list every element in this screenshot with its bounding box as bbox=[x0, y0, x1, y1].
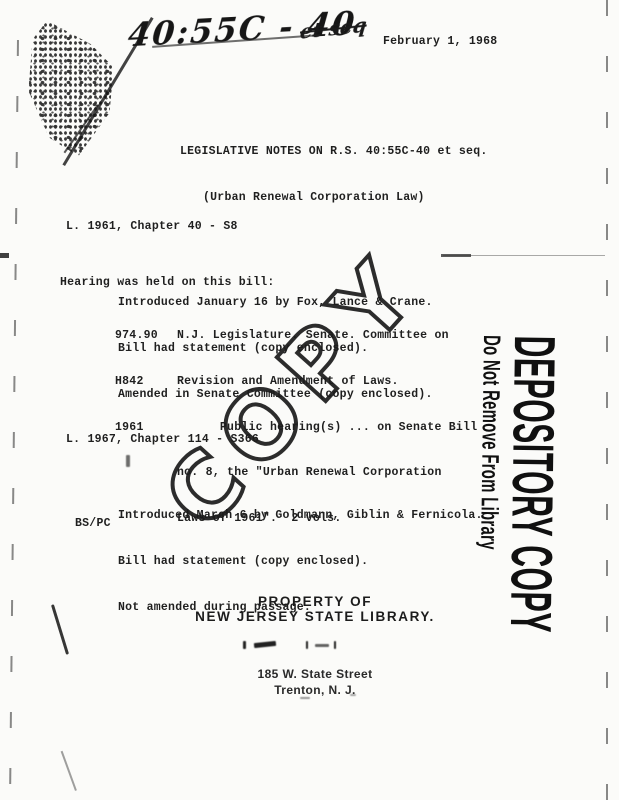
scan-streak bbox=[61, 751, 77, 791]
depository-stamp-line1: DEPOSITORY COPY bbox=[504, 335, 560, 633]
property-stamp-line2: NEW JERSEY STATE LIBRARY. bbox=[165, 609, 465, 624]
left-fold-dashed-line bbox=[9, 40, 19, 800]
depository-stamp-line2: Do Not Remove From Library bbox=[474, 335, 505, 550]
property-stamp-line1: PROPERTY OF bbox=[165, 594, 465, 609]
address-line2: Trenton, N. J. bbox=[165, 682, 465, 698]
copy-stamp-text: COPY bbox=[148, 238, 443, 549]
title-line-1: LEGISLATIVE NOTES ON R.S. 40:55C-40 et s… bbox=[180, 144, 488, 159]
date-line: February 1, 1968 bbox=[383, 34, 497, 49]
address-stamp: 185 W. State Street Trenton, N. J. bbox=[165, 666, 465, 698]
illegible-stamp-mark bbox=[315, 644, 329, 647]
illegible-stamp-mark bbox=[243, 641, 246, 649]
edge-mark bbox=[0, 253, 9, 258]
depository-stamp: DEPOSITORY COPY Do Not Remove From Libra… bbox=[472, 335, 560, 646]
illegible-stamp-mark bbox=[306, 641, 308, 649]
right-fold-dashed-line bbox=[606, 0, 608, 800]
scanned-document-page: 40:55C - 40 et seq February 1, 1968 LEGI… bbox=[0, 0, 619, 800]
illegible-stamp-mark bbox=[334, 641, 336, 649]
typist-initials: BS/PC bbox=[75, 516, 111, 531]
copy-stamp: COPY bbox=[148, 238, 488, 558]
address-line1: 185 W. State Street bbox=[165, 666, 465, 682]
section-1961-heading: L. 1961, Chapter 40 - S8 bbox=[66, 219, 433, 234]
property-stamp: PROPERTY OF NEW JERSEY STATE LIBRARY. bbox=[165, 594, 465, 624]
